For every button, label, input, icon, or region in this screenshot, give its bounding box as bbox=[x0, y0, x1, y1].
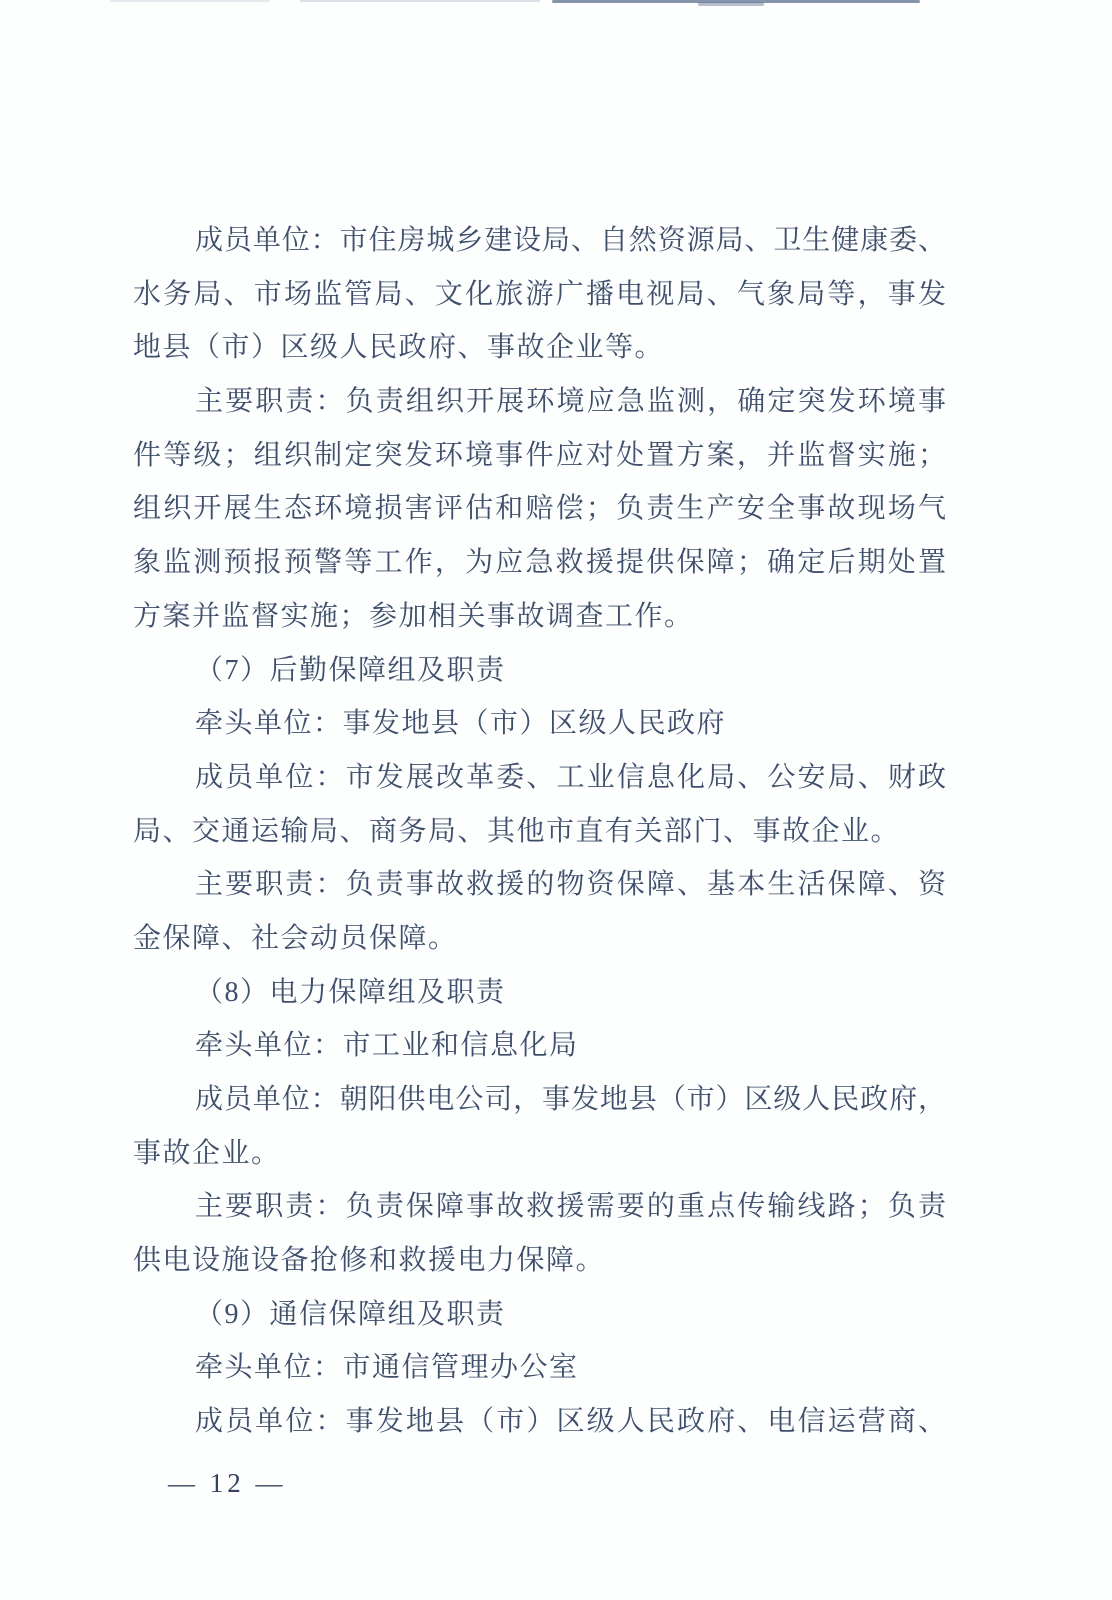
document-body: 成员单位：市住房城乡建设局、自然资源局、卫生健康委、 水务局、市场监管局、文化旅… bbox=[133, 214, 946, 1449]
text-line: 主要职责：负责保障事故救援需要的重点传输线路；负责 bbox=[133, 1180, 946, 1234]
text-line: 主要职责：负责组织开展环境应急监测，确定突发环境事 bbox=[133, 375, 946, 429]
section-heading: （9）通信保障组及职责 bbox=[133, 1288, 946, 1342]
scan-artifact-mark bbox=[698, 2, 764, 6]
section-heading: （8）电力保障组及职责 bbox=[133, 966, 946, 1020]
section-heading: （7）后勤保障组及职责 bbox=[133, 644, 946, 698]
text-line: 牵头单位：市通信管理办公室 bbox=[133, 1341, 946, 1395]
text-line: 成员单位：市住房城乡建设局、自然资源局、卫生健康委、 bbox=[133, 214, 946, 268]
text-line: 成员单位：市发展改革委、工业信息化局、公安局、财政 bbox=[133, 751, 946, 805]
page-number: — 12 — bbox=[168, 1468, 287, 1499]
text-line: 地县（市）区级人民政府、事故企业等。 bbox=[133, 321, 946, 375]
scan-artifact-mark bbox=[300, 0, 540, 2]
text-line: 局、交通运输局、商务局、其他市直有关部门、事故企业。 bbox=[133, 805, 946, 859]
text-line: 水务局、市场监管局、文化旅游广播电视局、气象局等，事发 bbox=[133, 268, 946, 322]
text-line: 供电设施设备抢修和救援电力保障。 bbox=[133, 1234, 946, 1288]
text-line: 成员单位：事发地县（市）区级人民政府、电信运营商、 bbox=[133, 1395, 946, 1449]
text-line: 件等级；组织制定突发环境事件应对处置方案，并监督实施； bbox=[133, 429, 946, 483]
text-line: 牵头单位：市工业和信息化局 bbox=[133, 1019, 946, 1073]
text-line: 方案并监督实施；参加相关事故调查工作。 bbox=[133, 590, 946, 644]
text-line: 组织开展生态环境损害评估和赔偿；负责生产安全事故现场气 bbox=[133, 482, 946, 536]
text-line: 金保障、社会动员保障。 bbox=[133, 912, 946, 966]
text-line: 象监测预报预警等工作，为应急救援提供保障；确定后期处置 bbox=[133, 536, 946, 590]
scan-artifact-mark bbox=[110, 0, 270, 2]
text-line: 主要职责：负责事故救援的物资保障、基本生活保障、资 bbox=[133, 858, 946, 912]
text-line: 成员单位：朝阳供电公司，事发地县（市）区级人民政府， bbox=[133, 1073, 946, 1127]
text-line: 事故企业。 bbox=[133, 1127, 946, 1181]
text-line: 牵头单位：事发地县（市）区级人民政府 bbox=[133, 697, 946, 751]
scanned-document-page: 成员单位：市住房城乡建设局、自然资源局、卫生健康委、 水务局、市场监管局、文化旅… bbox=[0, 0, 1112, 1600]
